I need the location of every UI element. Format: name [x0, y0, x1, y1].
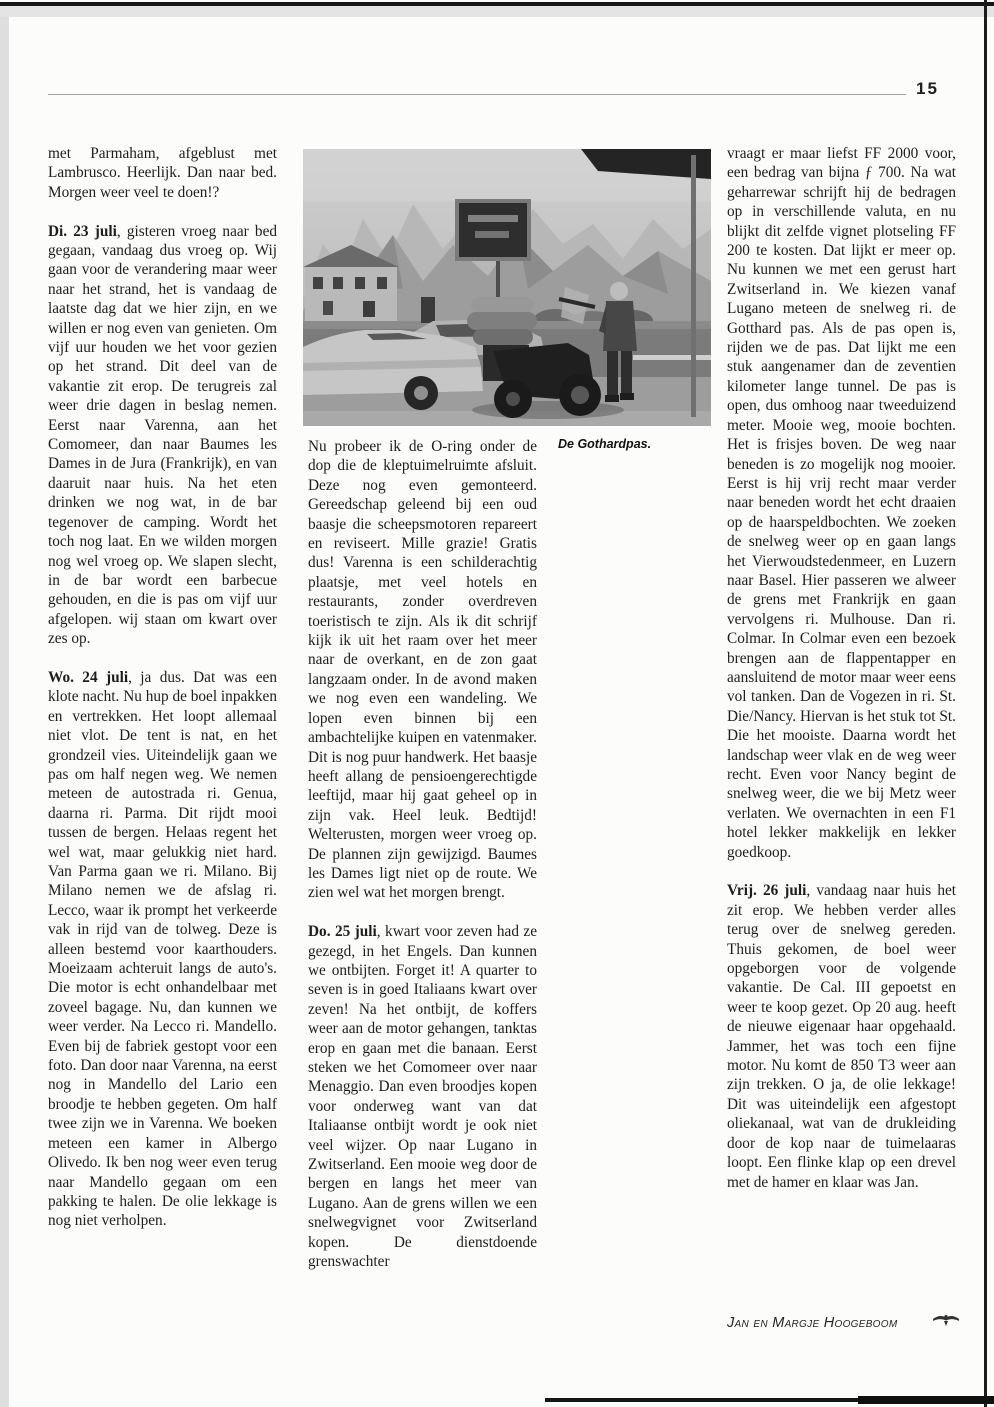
scan-edge-left	[0, 17, 9, 1407]
day-heading: Di. 23 juli	[48, 223, 117, 240]
paragraph: Vrij. 26 juli, vandaag naar huis het zit…	[727, 881, 956, 1192]
text-column-3: vraagt er maar liefst FF 2000 voor, een …	[727, 144, 956, 1192]
header-rule	[48, 94, 906, 95]
photo-gothard-pass	[303, 149, 711, 426]
magazine-page: 15 met Parmaham, afgeblust met Lambrusco…	[0, 0, 994, 1407]
paragraph: Do. 25 juli, kwart voor zeven had ze gez…	[308, 922, 537, 1271]
photo-caption: De Gothardpas.	[558, 437, 651, 451]
author-name: Jan en Margje Hoogeboom	[727, 1315, 897, 1331]
page-number: 15	[916, 79, 966, 99]
paragraph: met Parmaham, afgeblust met Lambrusco. H…	[48, 144, 277, 202]
moto-guzzi-eagle-icon	[933, 1314, 959, 1331]
scan-edge-bottom-corner	[858, 1396, 994, 1404]
guard-rail	[633, 355, 711, 360]
text-column-1: met Parmaham, afgeblust met Lambrusco. H…	[48, 144, 277, 1231]
paragraph: vraagt er maar liefst FF 2000 voor, een …	[727, 144, 956, 862]
author-signature: Jan en Margje Hoogeboom	[727, 1314, 959, 1331]
paragraph: Wo. 24 juli, ja dus. Dat was een klote n…	[48, 668, 277, 1231]
photo-illustration	[303, 149, 711, 426]
scan-edge-top-shadow	[0, 6, 994, 17]
text-column-2: Nu probeer ik de O-ring onder de dop die…	[308, 437, 537, 1271]
scan-edge-right	[984, 0, 987, 1407]
paragraph: Di. 23 juli, gisteren vroeg naar bed geg…	[48, 222, 277, 649]
distant-figure	[421, 297, 435, 323]
flag-pole	[691, 155, 696, 417]
paragraph: Nu probeer ik de O-ring onder de dop die…	[308, 437, 537, 903]
day-heading: Vrij. 26 juli	[727, 882, 806, 899]
day-heading: Wo. 24 juli	[48, 669, 128, 686]
day-heading: Do. 25 juli	[308, 923, 377, 940]
